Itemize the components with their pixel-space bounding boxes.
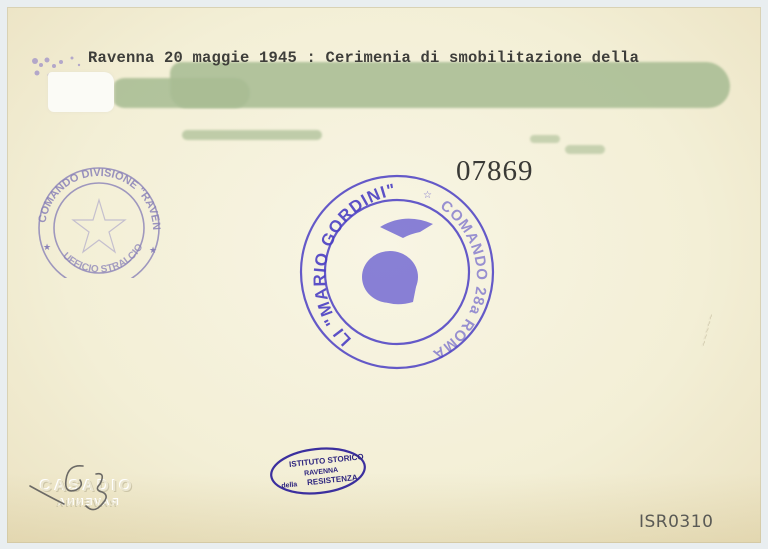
stamp-brigata-gordini: LI "MARIO GORDINI" COMANDO 28a ROMA ☆	[285, 172, 505, 372]
archive-code: ISR0310	[639, 512, 713, 532]
svg-text:UFFICIO STRALCIO: UFFICIO STRALCIO	[60, 242, 145, 276]
stamp-istituto-storico: ISTITUTO STORICO RAVENNA della RESISTENZ…	[268, 446, 368, 496]
helmeted-head-emblem	[362, 219, 433, 305]
tape-residue	[565, 145, 605, 154]
svg-text:della: della	[281, 481, 298, 490]
svg-text:★: ★	[149, 245, 157, 255]
torn-paper-patch	[48, 72, 114, 112]
svg-text:COMANDO 28a ROMA: COMANDO 28a ROMA	[429, 197, 490, 363]
typed-caption: Ravenna 20 maggie 1945 : Cerimenia di sm…	[88, 49, 639, 67]
tape-residue	[530, 135, 560, 143]
svg-text:★: ★	[43, 242, 51, 252]
svg-text:ISTITUTO STORICO: ISTITUTO STORICO	[289, 452, 364, 469]
tape-residue	[182, 130, 322, 140]
stamp-comando-divisione: COMANDO DIVISIONE "RAVENNA" UFFICIO STRA…	[25, 158, 170, 278]
svg-text:☆: ☆	[423, 190, 432, 201]
tape-residue	[170, 62, 730, 108]
pencil-annotation	[28, 460, 138, 530]
